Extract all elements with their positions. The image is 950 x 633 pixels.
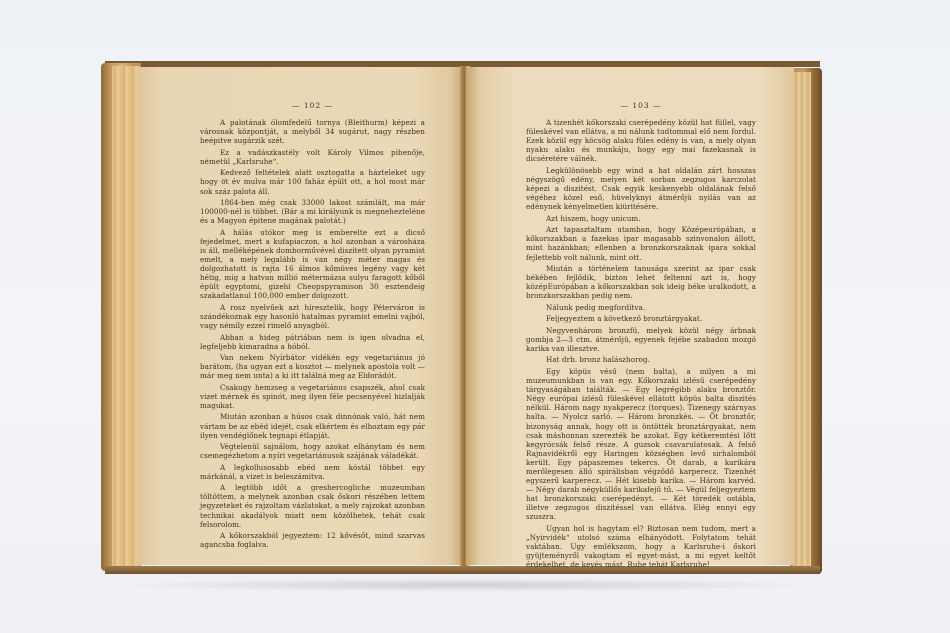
- paragraph: A legkollusosabb ebéd nem kóstál többet …: [200, 463, 425, 481]
- paragraph: A palotának ólomfedelű tornya (Bleithurm…: [200, 118, 425, 145]
- paragraph: 1864-ben még csak 33000 lakost számlált,…: [200, 198, 425, 225]
- paragraph: Hat drb. bronz halászhorog.: [526, 355, 756, 364]
- paragraph: A tizenhét kőkorszaki cserépedény közül …: [526, 118, 756, 163]
- right-page-text: — 103 — A tizenhét kőkorszaki cserépedén…: [526, 101, 756, 572]
- paragraph: Azt hiszem, hogy unicum.: [526, 214, 756, 223]
- paragraph: Miután a történelem tanusága szerint az …: [526, 264, 756, 300]
- paragraph: Azt tapasztaltam utamban, hogy Középeuró…: [526, 225, 756, 261]
- paragraph: Ez a vadászkastély volt Károly Vilmos pi…: [200, 148, 425, 166]
- paragraph: Abban a hideg pátriában nem is igen olva…: [200, 333, 425, 351]
- page-number: — 102 —: [200, 101, 425, 110]
- paragraph: A hálás utókor meg is emberelte ezt a di…: [200, 228, 425, 301]
- page-stack-right: [793, 72, 811, 566]
- paragraph: A kőkorszakból jegyeztem: 12 kővésőt, mi…: [200, 531, 425, 549]
- paragraph: Nálunk pedig megfordítva.: [526, 303, 756, 312]
- right-page: — 103 — A tizenhét kőkorszaki cserépedén…: [466, 67, 794, 565]
- paragraph: Végtelenül sajnálom, hogy azokat elhányt…: [200, 442, 425, 460]
- page-stack-left: [112, 66, 140, 566]
- book-shadow: [108, 578, 823, 592]
- open-book: — 102 — A palotának ólomfedelű tornya (B…: [0, 0, 950, 633]
- paragraph: Egy köpüs vésű (nem balta), a milyen a m…: [526, 367, 756, 522]
- paragraph: Miután azonban a húsos csak dinnónak val…: [200, 412, 425, 439]
- paragraph: Ugyan hol is hagytam el? Biztosan nem tu…: [526, 524, 756, 569]
- paragraph: Feljegyeztem a következő bronztárgyakat.: [526, 314, 756, 323]
- left-page-text: — 102 — A palotának ólomfedelű tornya (B…: [200, 101, 425, 552]
- paragraph: Negyvenhárom bronzfü, melyek közül négy …: [526, 326, 756, 353]
- paragraph: A legtöbb időt a greshercogliche muzeumb…: [200, 483, 425, 528]
- left-page: — 102 — A palotának ólomfedelű tornya (B…: [138, 67, 464, 565]
- paragraph: Legkülönösebb egy wind a hat oldalán zár…: [526, 166, 756, 211]
- paragraph: Csakugy hemzseg a vegetariánus csapszék,…: [200, 383, 425, 410]
- page-number: — 103 —: [526, 101, 756, 110]
- paragraph: Kedvező feltételek alatt osztogatta a há…: [200, 168, 425, 195]
- paragraph: A rosz nyelvűek azt híresztelik, hogy Pé…: [200, 303, 425, 330]
- paragraph: Van nekem Nyírbátor vidékén egy vegetari…: [200, 353, 425, 380]
